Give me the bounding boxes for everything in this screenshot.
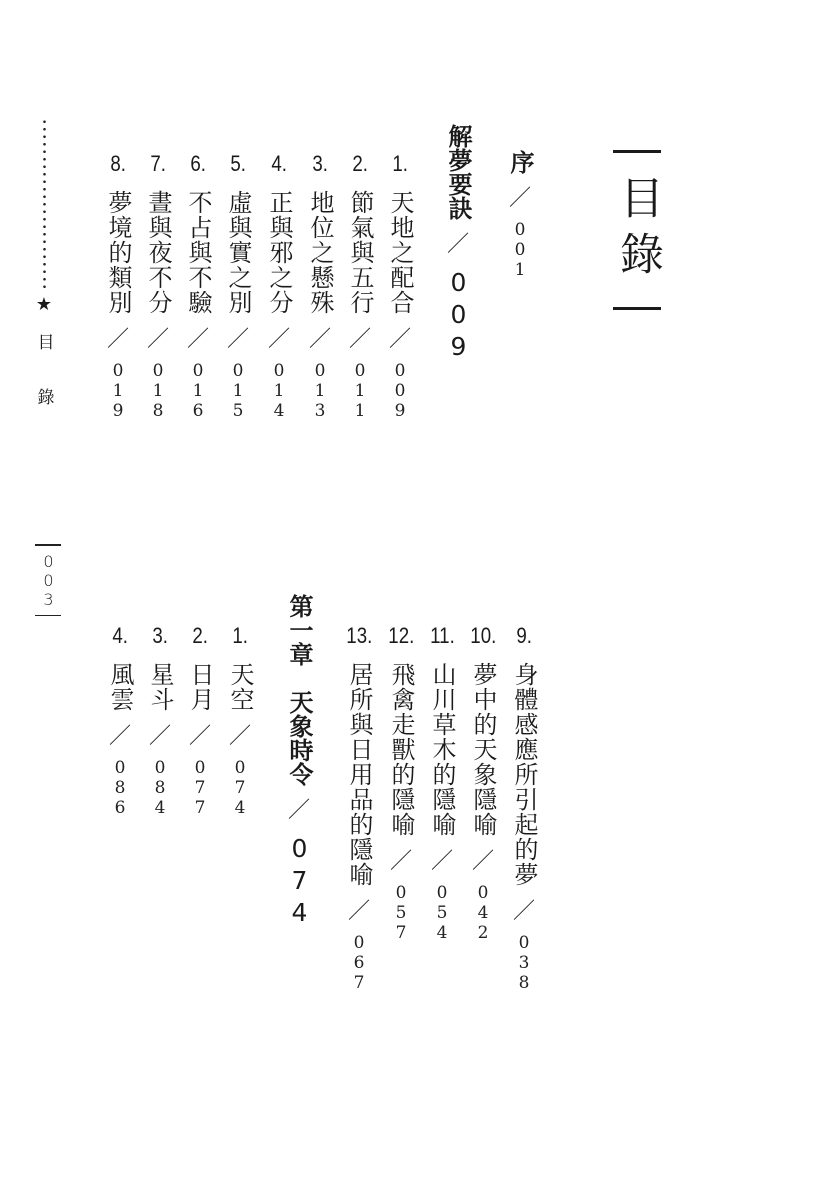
- entry-number: 6.: [190, 152, 206, 176]
- entry-number: 8.: [110, 152, 126, 176]
- entry-title: 夢境的類別: [105, 190, 131, 315]
- entry-page: 016: [188, 361, 208, 421]
- entry-page: 015: [228, 361, 248, 421]
- entry-page: 018: [148, 361, 168, 421]
- toc-entry[interactable]: 11. 山川草木的隱喻 ／ 054: [425, 624, 459, 943]
- entry-page: 014: [269, 361, 289, 421]
- folio-bottom-rule: [35, 615, 61, 617]
- toc-section-keys[interactable]: 解夢要訣 ／ 009: [441, 124, 475, 364]
- entry-page: 067: [349, 933, 369, 993]
- toc-entry[interactable]: 6. 不占與不驗 ／ 016: [182, 152, 214, 421]
- toc-entry[interactable]: 1. 天地之配合 ／ 009: [384, 152, 416, 421]
- entry-number: 4.: [112, 624, 128, 648]
- toc-heading: 目錄: [610, 150, 664, 310]
- toc-entry[interactable]: 13. 居所與日用品的隱喻 ／ 067: [342, 624, 376, 993]
- entry-page: 009: [390, 361, 410, 421]
- entry-page: 086: [110, 758, 130, 818]
- toc-entry[interactable]: 4. 風雲 ／ 086: [104, 624, 136, 818]
- entry-title: 虛與實之別: [225, 190, 251, 315]
- side-rail-label: 目錄: [32, 333, 57, 443]
- entry-number: 2.: [352, 152, 368, 176]
- heading-top-rule: [613, 150, 661, 153]
- heading-bottom-rule: [613, 307, 661, 310]
- entry-number: 13.: [346, 624, 372, 648]
- toc-entry[interactable]: 10. 夢中的天象隱喻 ／ 042: [466, 624, 500, 943]
- entry-page: 074: [230, 758, 250, 818]
- chapter-title: 第一章 天象時令: [284, 594, 314, 786]
- separator: ／: [472, 851, 494, 873]
- entry-number: 9.: [516, 624, 532, 648]
- entry-title: 天地之配合: [387, 190, 413, 315]
- heading-text: 目錄: [612, 175, 662, 287]
- separator: ／: [288, 800, 310, 822]
- separator: ／: [431, 851, 453, 873]
- toc-entry[interactable]: 1. 天空 ／ 074: [224, 624, 256, 818]
- entry-page: 042: [473, 883, 493, 943]
- entry-title: 地位之懸殊: [307, 190, 333, 315]
- separator: ／: [509, 188, 531, 210]
- entry-number: 5.: [230, 152, 246, 176]
- entry-page: 077: [190, 758, 210, 818]
- separator: ／: [229, 726, 251, 748]
- separator: ／: [513, 901, 535, 923]
- entry-title: 不占與不驗: [185, 190, 211, 315]
- entry-page: 084: [150, 758, 170, 818]
- toc-entry[interactable]: 7. 晝與夜不分 ／ 018: [142, 152, 174, 421]
- toc-entry[interactable]: 3. 地位之懸殊 ／ 013: [304, 152, 336, 421]
- side-rail: ★ 目錄: [30, 118, 58, 443]
- entry-number: 7.: [150, 152, 166, 176]
- entry-number: 11.: [430, 624, 455, 648]
- entry-number: 3.: [152, 624, 168, 648]
- entry-page: 054: [432, 883, 452, 943]
- entry-title: 序: [506, 150, 534, 174]
- entry-page: 019: [108, 361, 128, 421]
- separator: ／: [309, 329, 331, 351]
- entry-title: 天空: [227, 662, 253, 712]
- entry-page: 057: [391, 883, 411, 943]
- toc-entry[interactable]: 12. 飛禽走獸的隱喻 ／ 057: [384, 624, 418, 943]
- folio-top-rule: [35, 544, 61, 546]
- separator: ／: [107, 329, 129, 351]
- toc-entry[interactable]: 5. 虛與實之別 ／ 015: [222, 152, 254, 421]
- toc-entry[interactable]: 4. 正與邪之分 ／ 014: [263, 152, 295, 421]
- toc-entry[interactable]: 8. 夢境的類別 ／ 019: [102, 152, 134, 421]
- entry-title: 晝與夜不分: [145, 190, 171, 315]
- separator: ／: [147, 329, 169, 351]
- entry-page: 011: [350, 361, 370, 421]
- toc-entry[interactable]: 2. 日月 ／ 077: [184, 624, 216, 818]
- separator: ／: [227, 329, 249, 351]
- entry-number: 1.: [392, 152, 408, 176]
- entry-title: 山川草木的隱喻: [429, 662, 455, 837]
- separator: ／: [187, 329, 209, 351]
- entry-page: 001: [510, 220, 530, 280]
- separator: ／: [447, 234, 469, 256]
- section-title: 解夢要訣: [444, 124, 472, 220]
- star-icon: ★: [36, 295, 52, 315]
- entry-title: 居所與日用品的隱喻: [346, 662, 372, 887]
- toc-entry-preface[interactable]: 序 ／ 001: [503, 150, 537, 280]
- entry-title: 正與邪之分: [266, 190, 292, 315]
- entry-number: 1.: [232, 624, 248, 648]
- entry-number: 4.: [271, 152, 287, 176]
- entry-number: 12.: [388, 624, 414, 648]
- separator: ／: [348, 901, 370, 923]
- separator: ／: [349, 329, 371, 351]
- folio-digits: 003: [39, 552, 57, 609]
- entry-page: 038: [514, 933, 534, 993]
- separator: ／: [109, 726, 131, 748]
- entry-page: 013: [310, 361, 330, 421]
- entry-title: 身體感應所引起的夢: [511, 662, 537, 887]
- chapter-page: 074: [286, 834, 312, 930]
- entry-title: 星斗: [147, 662, 173, 712]
- entry-title: 飛禽走獸的隱喻: [388, 662, 414, 837]
- entry-title: 風雲: [107, 662, 133, 712]
- separator: ／: [149, 726, 171, 748]
- entry-number: 3.: [312, 152, 328, 176]
- entry-title: 日月: [187, 662, 213, 712]
- toc-entry[interactable]: 2. 節氣與五行 ／ 011: [344, 152, 376, 421]
- entry-title: 節氣與五行: [347, 190, 373, 315]
- entry-number: 10.: [470, 624, 496, 648]
- dotted-leader: [43, 118, 46, 293]
- separator: ／: [268, 329, 290, 351]
- entry-title: 夢中的天象隱喻: [470, 662, 496, 837]
- separator: ／: [389, 329, 411, 351]
- section-page: 009: [445, 268, 471, 364]
- toc-chapter-1[interactable]: 第一章 天象時令 ／ 074: [282, 594, 316, 930]
- separator: ／: [189, 726, 211, 748]
- toc-entry[interactable]: 3. 星斗 ／ 084: [144, 624, 176, 818]
- page-number: 003: [34, 544, 62, 616]
- toc-entry[interactable]: 9. 身體感應所引起的夢 ／ 038: [507, 624, 541, 993]
- separator: ／: [390, 851, 412, 873]
- entry-number: 2.: [192, 624, 208, 648]
